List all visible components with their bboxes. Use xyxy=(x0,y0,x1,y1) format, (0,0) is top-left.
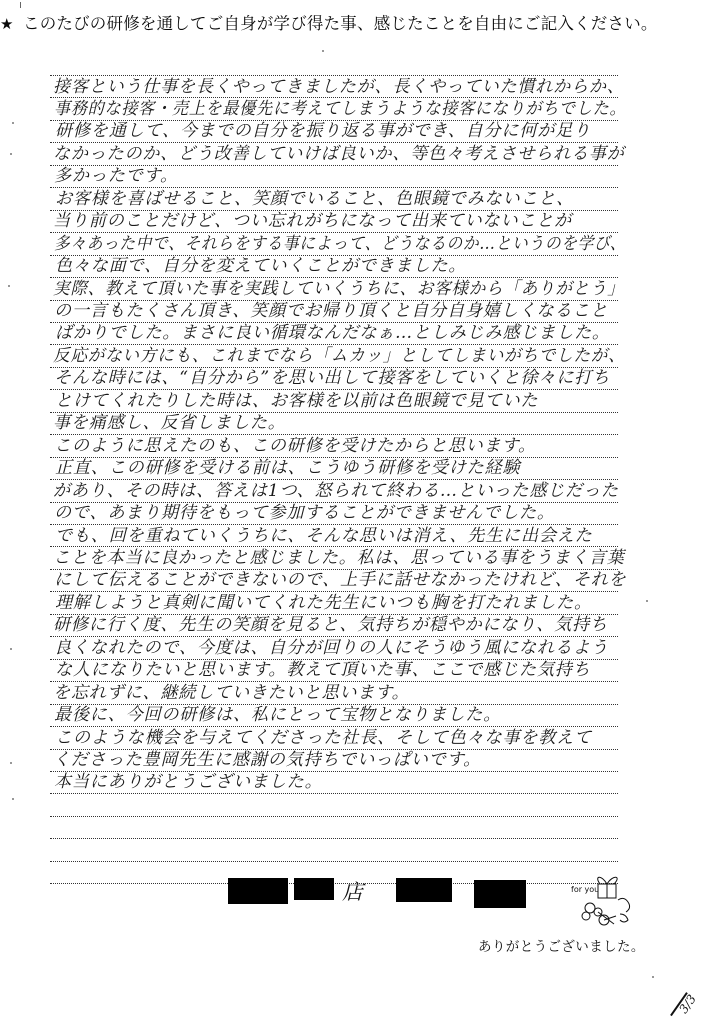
handwritten-line: とけてくれたりした時は、お客様を以前は色眼鏡で見ていた xyxy=(55,390,627,412)
redacted-store-name-part-2 xyxy=(294,878,334,900)
handwritten-line: にして伝えることができないので、上手に話せなかったけれど、それを xyxy=(54,569,626,591)
handwritten-line: を忘れずに、継続していきたいと思います。 xyxy=(53,682,625,704)
form-prompt-row: ★ このたびの研修を通してご自身が学び得た事、感じたことを自由にご記入ください。 xyxy=(0,12,718,36)
closing-thanks: ありがとうございました。 xyxy=(478,935,645,955)
gift-flowers-doodle-icon: for you xyxy=(568,870,648,932)
handwritten-line: 研修を通して、今までの自分を振り返る事ができ、自分に何が足り xyxy=(55,120,627,142)
handwritten-line: 色々な面で、自分を変えていくことができました。 xyxy=(55,255,627,277)
handwritten-line: 接客という仕事を長くやってきましたが、長くやっていた慣れからか、 xyxy=(53,76,624,98)
scan-speck xyxy=(12,798,14,800)
scan-speck xyxy=(322,50,324,52)
handwritten-line: ので、あまり期待をもって参加することができませんでした。 xyxy=(54,502,626,524)
handwritten-line: でも、回を重ねていくうちに、そんな思いは消え、先生に出会えた xyxy=(55,525,627,547)
handwritten-line: 当り前のことだけど、つい忘れがちになって出来ていないことが xyxy=(53,210,625,232)
handwritten-line: の一言もたくさん頂き、笑顔でお帰り頂くと自分自身嬉しくなること xyxy=(54,300,626,322)
handwritten-line: な人になりたいと思います。教えて頂いた事、ここで感じた気持ち xyxy=(55,659,627,681)
handwritten-line: ばかりでした。まさに良い循環なんだなぁ…としみじみ感じました。 xyxy=(55,322,627,344)
page-number-mark-icon: 3/3 xyxy=(676,992,699,1016)
handwritten-line: 本当にありがとうございました。 xyxy=(54,771,626,793)
handwritten-line: 事を痛感し、反省しました。 xyxy=(53,412,625,434)
handwritten-line: 理解しようと真剣に聞いてくれた先生にいつも胸を打たれました。 xyxy=(55,592,627,614)
handwritten-line: 研修に行く度、先生の笑顔を見ると、気持ちが穏やかになり、気持ち xyxy=(53,614,625,636)
handwritten-line: このように思えたのも、この研修を受けたからと思います。 xyxy=(54,435,626,457)
scan-speck xyxy=(652,976,654,978)
scan-speck xyxy=(10,762,12,764)
handwritten-line: があり、その時は、答えは1つ、怒られて終わる…といった感じだった xyxy=(53,480,625,502)
handwritten-line: そんな時には、“自分から”を思い出して接客をしていくと徐々に打ち xyxy=(54,367,626,389)
svg-text:for you: for you xyxy=(571,885,599,894)
handwritten-line: 反応がない方にも、これまでなら「ムカッ」としてしまいがちでしたが、 xyxy=(53,345,608,367)
handwritten-line: 多々あった中で、それらをする事によって、どうなるのか…というのを学び、 xyxy=(54,233,578,255)
handwritten-line: 実際、教えて頂いた事を実践していくうちに、お客様から「ありがとう」 xyxy=(53,278,607,300)
handwritten-line: 多かったです。 xyxy=(54,165,626,187)
ruled-line xyxy=(50,861,618,862)
handwritten-line xyxy=(55,794,627,816)
handwritten-line: 最後に、今回の研修は、私にとって宝物となりました。 xyxy=(54,704,626,726)
handwritten-line: 事務的な接客・売上を最優先に考えてしまうような接客になりがちでした。 xyxy=(54,98,592,120)
ruled-line xyxy=(50,838,618,839)
handwritten-line: 正直、この研修を受ける前は、こうゆう研修を受けた経験 xyxy=(55,457,627,479)
scan-speck xyxy=(12,122,14,124)
store-suffix: 店 xyxy=(342,876,363,906)
handwritten-line: このような機会を与えてくださった社長、そして色々な事を教えて xyxy=(55,727,627,749)
scan-speck xyxy=(10,153,12,155)
scan-speck xyxy=(10,648,12,650)
star-icon: ★ xyxy=(0,12,13,36)
handwritten-line: 良くなれたので、今度は、自分が回りの人にそうゆう風になれるよう xyxy=(54,637,626,659)
ruled-line xyxy=(50,816,618,817)
signature-row: 店 xyxy=(228,874,528,910)
handwritten-line: ことを本当に良かったと感じました。私は、思っている事をうまく言葉 xyxy=(53,547,624,569)
handwritten-line: なかったのか、どう改善していけば良いか、等色々考えさせられる事が xyxy=(53,143,624,165)
handwritten-line: くださった豊岡先生に感謝の気持ちでいっぱいです。 xyxy=(53,749,625,771)
redacted-store-name-part-1 xyxy=(228,878,288,904)
scan-tick-mark xyxy=(20,2,21,8)
form-prompt: このたびの研修を通してご自身が学び得た事、感じたことを自由にご記入ください。 xyxy=(23,12,658,36)
scan-speck xyxy=(646,600,648,602)
redacted-person-name-part-1 xyxy=(396,878,452,902)
scan-speck xyxy=(8,285,10,287)
handwritten-line: お客様を喜ばせること、笑顔でいること、色眼鏡でみないこと、 xyxy=(55,188,627,210)
handwritten-response-area: 接客という仕事を長くやってきましたが、長くやっていた慣れからか、事務的な接客・売… xyxy=(50,75,618,861)
redacted-person-name-part-2 xyxy=(474,880,526,908)
